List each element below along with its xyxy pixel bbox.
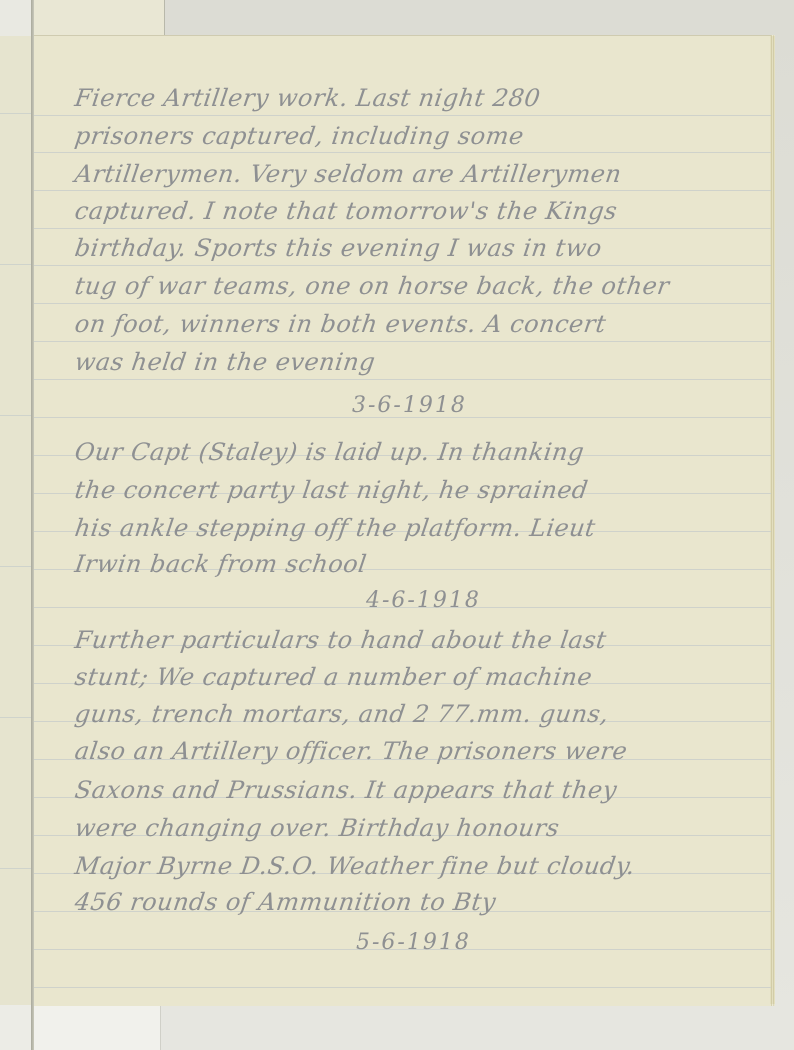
entry-line: his ankle stepping off the platform. Lie… bbox=[73, 514, 597, 542]
ruled-line bbox=[34, 341, 771, 342]
entry-line: was held in the evening bbox=[73, 348, 377, 376]
entry-line: Major Byrne D.S.O. Weather fine but clou… bbox=[73, 852, 637, 880]
entry-line: Artillerymen. Very seldom are Artillerym… bbox=[73, 160, 623, 188]
entry-line: were changing over. Birthday honours bbox=[73, 814, 561, 842]
entry-line: Our Capt (Staley) is laid up. In thankin… bbox=[73, 438, 586, 466]
entry-line: birthday. Sports this evening I was in t… bbox=[73, 234, 604, 262]
entry-line: prisoners captured, including some bbox=[73, 122, 526, 150]
entry-date: 4-6-1918 bbox=[366, 588, 481, 613]
ruled-line bbox=[34, 228, 771, 229]
entry-line: stunt; We captured a number of machine bbox=[73, 663, 594, 691]
entry-line: guns, trench mortars, and 2 77.mm. guns, bbox=[73, 700, 611, 728]
entry-line: tug of war teams, one on horse back, the… bbox=[73, 272, 671, 300]
entry-line: Further particulars to hand about the la… bbox=[73, 626, 608, 654]
entry-line: also an Artillery officer. The prisoners… bbox=[73, 737, 629, 765]
entry-line: on foot, winners in both events. A conce… bbox=[73, 310, 608, 338]
ruled-line bbox=[34, 115, 771, 116]
ruled-line bbox=[34, 379, 771, 380]
entry-line: the concert party last night, he spraine… bbox=[73, 476, 590, 504]
book-gutter bbox=[31, 0, 34, 1050]
ruled-line bbox=[34, 265, 771, 266]
ruled-line bbox=[34, 303, 771, 304]
facing-page-bottom bbox=[0, 1005, 32, 1050]
ruled-line bbox=[34, 152, 771, 153]
entry-line: Fierce Artillery work. Last night 280 bbox=[73, 84, 542, 112]
bottom-paper-tab bbox=[34, 1005, 161, 1050]
entry-line: 456 rounds of Ammunition to Bty bbox=[73, 888, 498, 916]
top-paper-flap bbox=[34, 0, 165, 36]
ruled-line bbox=[34, 190, 771, 191]
entry-date: 3-6-1918 bbox=[352, 393, 467, 418]
facing-page-top bbox=[0, 0, 32, 36]
facing-page-edge bbox=[0, 0, 32, 1050]
entry-line: Saxons and Prussians. It appears that th… bbox=[73, 776, 619, 804]
entry-date: 5-6-1918 bbox=[356, 930, 471, 955]
entry-line: captured. I note that tomorrow's the Kin… bbox=[73, 197, 619, 225]
entry-line: Irwin back from school bbox=[73, 550, 368, 578]
page-stack-edges bbox=[770, 36, 775, 1004]
ruled-line bbox=[34, 987, 771, 988]
